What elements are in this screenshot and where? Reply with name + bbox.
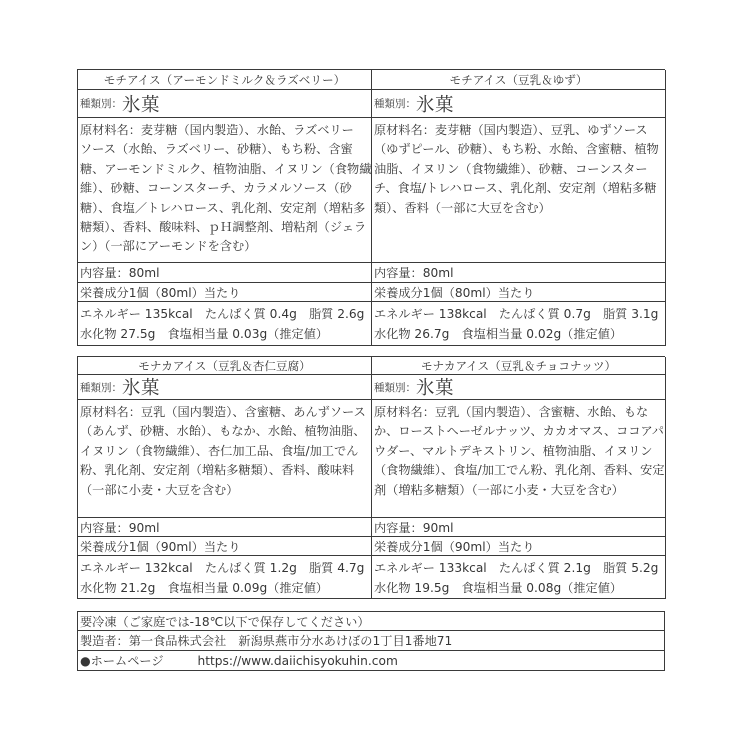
product-name: モチアイス（豆乳＆ゆず） [372, 70, 666, 90]
nutrition-label: 栄養成分1個（80ml）当たり [372, 283, 666, 302]
product-type-row: 種類別：氷菓 [372, 375, 666, 400]
mochi-ice-table: モチアイス（アーモンドミルク＆ラズベリー） 種類別：氷菓 原材料名：麦芽糖（国内… [77, 69, 665, 346]
nutrition-label: 栄養成分1個（80ml）当たり [78, 283, 372, 302]
product-type-value: 氷菓 [122, 91, 160, 117]
ingredients-line: チ、食塩/トレハロース、乳化剤、安定剤（増粘多糖 [374, 179, 665, 198]
nutrition-label: 栄養成分1個（90ml）当たり [78, 537, 372, 556]
product-type-label: 種類別： [80, 380, 122, 395]
product-column-soymilk-almond-tofu: モナカアイス（豆乳＆杏仁豆腐） 種類別：氷菓 原材料名：豆乳（国内製造）、含蜜糖… [78, 357, 372, 599]
nutrition-facts: エネルギー 135kcal たんぱく質 0.4g 脂質 2.6g 炭 水化物 2… [78, 302, 372, 346]
nutrition-line: エネルギー 132kcal たんぱく質 1.2g 脂質 4.7g 炭 [80, 558, 371, 578]
ingredients-line: 油脂、イヌリン（食物繊維）、砂糖、コーンスター [374, 160, 665, 179]
product-type-row: 種類別：氷菓 [78, 90, 372, 118]
nutrition-line: 水化物 21.2g 食塩相当量 0.09g（推定値） [80, 578, 371, 598]
volume: 内容量：90ml [372, 518, 666, 537]
product-type-row: 種類別：氷菓 [372, 90, 666, 118]
product-type-value: 氷菓 [416, 375, 454, 400]
monaka-ice-table: モナカアイス（豆乳＆杏仁豆腐） 種類別：氷菓 原材料名：豆乳（国内製造）、含蜜糖… [77, 356, 665, 599]
ingredients-line: 原材料名：豆乳（国内製造）、含蜜糖、あんずソース [80, 403, 371, 422]
ingredients: 原材料名：麦芽糖（国内製造）、水飴、ラズベリー ソース（水飴、ラズベリー、砂糖）… [78, 118, 372, 263]
homepage-row: ●ホームページhttps://www.daiichisyokuhin.com [78, 651, 665, 671]
nutrition-line: エネルギー 133kcal たんぱく質 2.1g 脂質 5.2g 炭 [374, 558, 665, 578]
ingredients-line: イヌリン（食物繊維）、杏仁加工品、食塩/加工でん [80, 442, 371, 461]
nutrition-label: 栄養成分1個（90ml）当たり [372, 537, 666, 556]
product-type-value: 氷菓 [122, 375, 160, 400]
ingredients-line: （あんず、砂糖、水飴）、もなか、水飴、植物油脂、 [80, 422, 371, 441]
ingredients: 原材料名：豆乳（国内製造）、含蜜糖、水飴、もな か、ローストヘーゼルナッツ、カカ… [372, 400, 666, 518]
ingredients-line: 糖、アーモンドミルク、植物油脂、イヌリン（食物繊 [80, 160, 371, 179]
nutrition-line: エネルギー 138kcal たんぱく質 0.7g 脂質 3.1g 炭 [374, 304, 665, 324]
ingredients-line: ソース（水飴、ラズベリー、砂糖）、もち粉、含蜜 [80, 140, 371, 159]
footer-info-table: 要冷凍（ご家庭では-18℃以下で保存してください） 製造者：第一食品株式会社 新… [77, 611, 665, 671]
product-column-soymilk-yuzu: モチアイス（豆乳＆ゆず） 種類別：氷菓 原材料名：麦芽糖（国内製造）、豆乳、ゆず… [372, 70, 666, 346]
ingredients-line: （食物繊維）、食塩/加工でん粉、乳化剤、香料、安定 [374, 461, 665, 480]
nutrition-facts: エネルギー 138kcal たんぱく質 0.7g 脂質 3.1g 炭 水化物 2… [372, 302, 666, 346]
nutrition-facts: エネルギー 132kcal たんぱく質 1.2g 脂質 4.7g 炭 水化物 2… [78, 556, 372, 599]
ingredients: 原材料名：豆乳（国内製造）、含蜜糖、あんずソース （あんず、砂糖、水飴）、もなか… [78, 400, 372, 518]
product-type-value: 氷菓 [416, 91, 454, 117]
nutrition-line: エネルギー 135kcal たんぱく質 0.4g 脂質 2.6g 炭 [80, 304, 371, 324]
volume: 内容量：80ml [372, 263, 666, 283]
product-type-label: 種類別： [80, 96, 122, 111]
ingredients: 原材料名：麦芽糖（国内製造）、豆乳、ゆずソース （ゆずピール、砂糖）、もち粉、水… [372, 118, 666, 263]
ingredients-line: 糖）、食塩／トレハロース、乳化剤、安定剤（増粘多 [80, 199, 371, 218]
product-column-soymilk-choco-nuts: モナカアイス（豆乳＆チョコナッツ） 種類別：氷菓 原材料名：豆乳（国内製造）、含… [372, 357, 666, 599]
product-type-row: 種類別：氷菓 [78, 375, 372, 400]
ingredients-line: 原材料名：豆乳（国内製造）、含蜜糖、水飴、もな [374, 403, 665, 422]
ingredients-line: 糖類）、香料、酸味料、ｐＨ調整剤、増粘剤（ジェラ [80, 218, 371, 237]
ingredients-line: 維）、砂糖、コーンスターチ、カラメルソース（砂 [80, 179, 371, 198]
storage-instructions: 要冷凍（ご家庭では-18℃以下で保存してください） [78, 612, 665, 631]
ingredients-line: ン）（一部にアーモンドを含む） [80, 237, 371, 256]
product-name: モチアイス（アーモンドミルク＆ラズベリー） [78, 70, 372, 90]
ingredients-line: （ゆずピール、砂糖）、もち粉、水飴、含蜜糖、植物 [374, 140, 665, 159]
product-type-label: 種類別： [374, 380, 416, 395]
product-name: モナカアイス（豆乳＆杏仁豆腐） [78, 357, 372, 375]
product-name: モナカアイス（豆乳＆チョコナッツ） [372, 357, 666, 375]
ingredients-line: （一部に小麦・大豆を含む） [80, 481, 371, 500]
volume: 内容量：90ml [78, 518, 372, 537]
ingredients-line: 原材料名：麦芽糖（国内製造）、豆乳、ゆずソース [374, 121, 665, 140]
product-column-almond-raspberry: モチアイス（アーモンドミルク＆ラズベリー） 種類別：氷菓 原材料名：麦芽糖（国内… [78, 70, 372, 346]
ingredients-line: 剤（増粘多糖類）（一部に小麦・大豆を含む） [374, 481, 665, 500]
product-type-label: 種類別： [374, 96, 416, 111]
homepage-url: https://www.daiichisyokuhin.com [198, 654, 398, 668]
ingredients-line: 粉、乳化剤、安定剤（増粘多糖類）、香料、酸味料 [80, 461, 371, 480]
homepage-label: ●ホームページ [80, 652, 164, 669]
ingredients-line: か、ローストヘーゼルナッツ、カカオマス、ココアパ [374, 422, 665, 441]
nutrition-line: 水化物 19.5g 食塩相当量 0.08g（推定値） [374, 578, 665, 598]
ingredients-line: ウダー、マルトデキストリン、植物油脂、イヌリン [374, 442, 665, 461]
manufacturer-info: 製造者：第一食品株式会社 新潟県燕市分水あけぼの1丁目1番地71 [78, 631, 665, 651]
nutrition-line: 水化物 27.5g 食塩相当量 0.03g（推定値） [80, 324, 371, 344]
ingredients-line: 原材料名：麦芽糖（国内製造）、水飴、ラズベリー [80, 121, 371, 140]
ingredients-line: 類）、香料（一部に大豆を含む） [374, 199, 665, 218]
nutrition-line: 水化物 26.7g 食塩相当量 0.02g（推定値） [374, 324, 665, 344]
volume: 内容量：80ml [78, 263, 372, 283]
nutrition-facts: エネルギー 133kcal たんぱく質 2.1g 脂質 5.2g 炭 水化物 1… [372, 556, 666, 599]
